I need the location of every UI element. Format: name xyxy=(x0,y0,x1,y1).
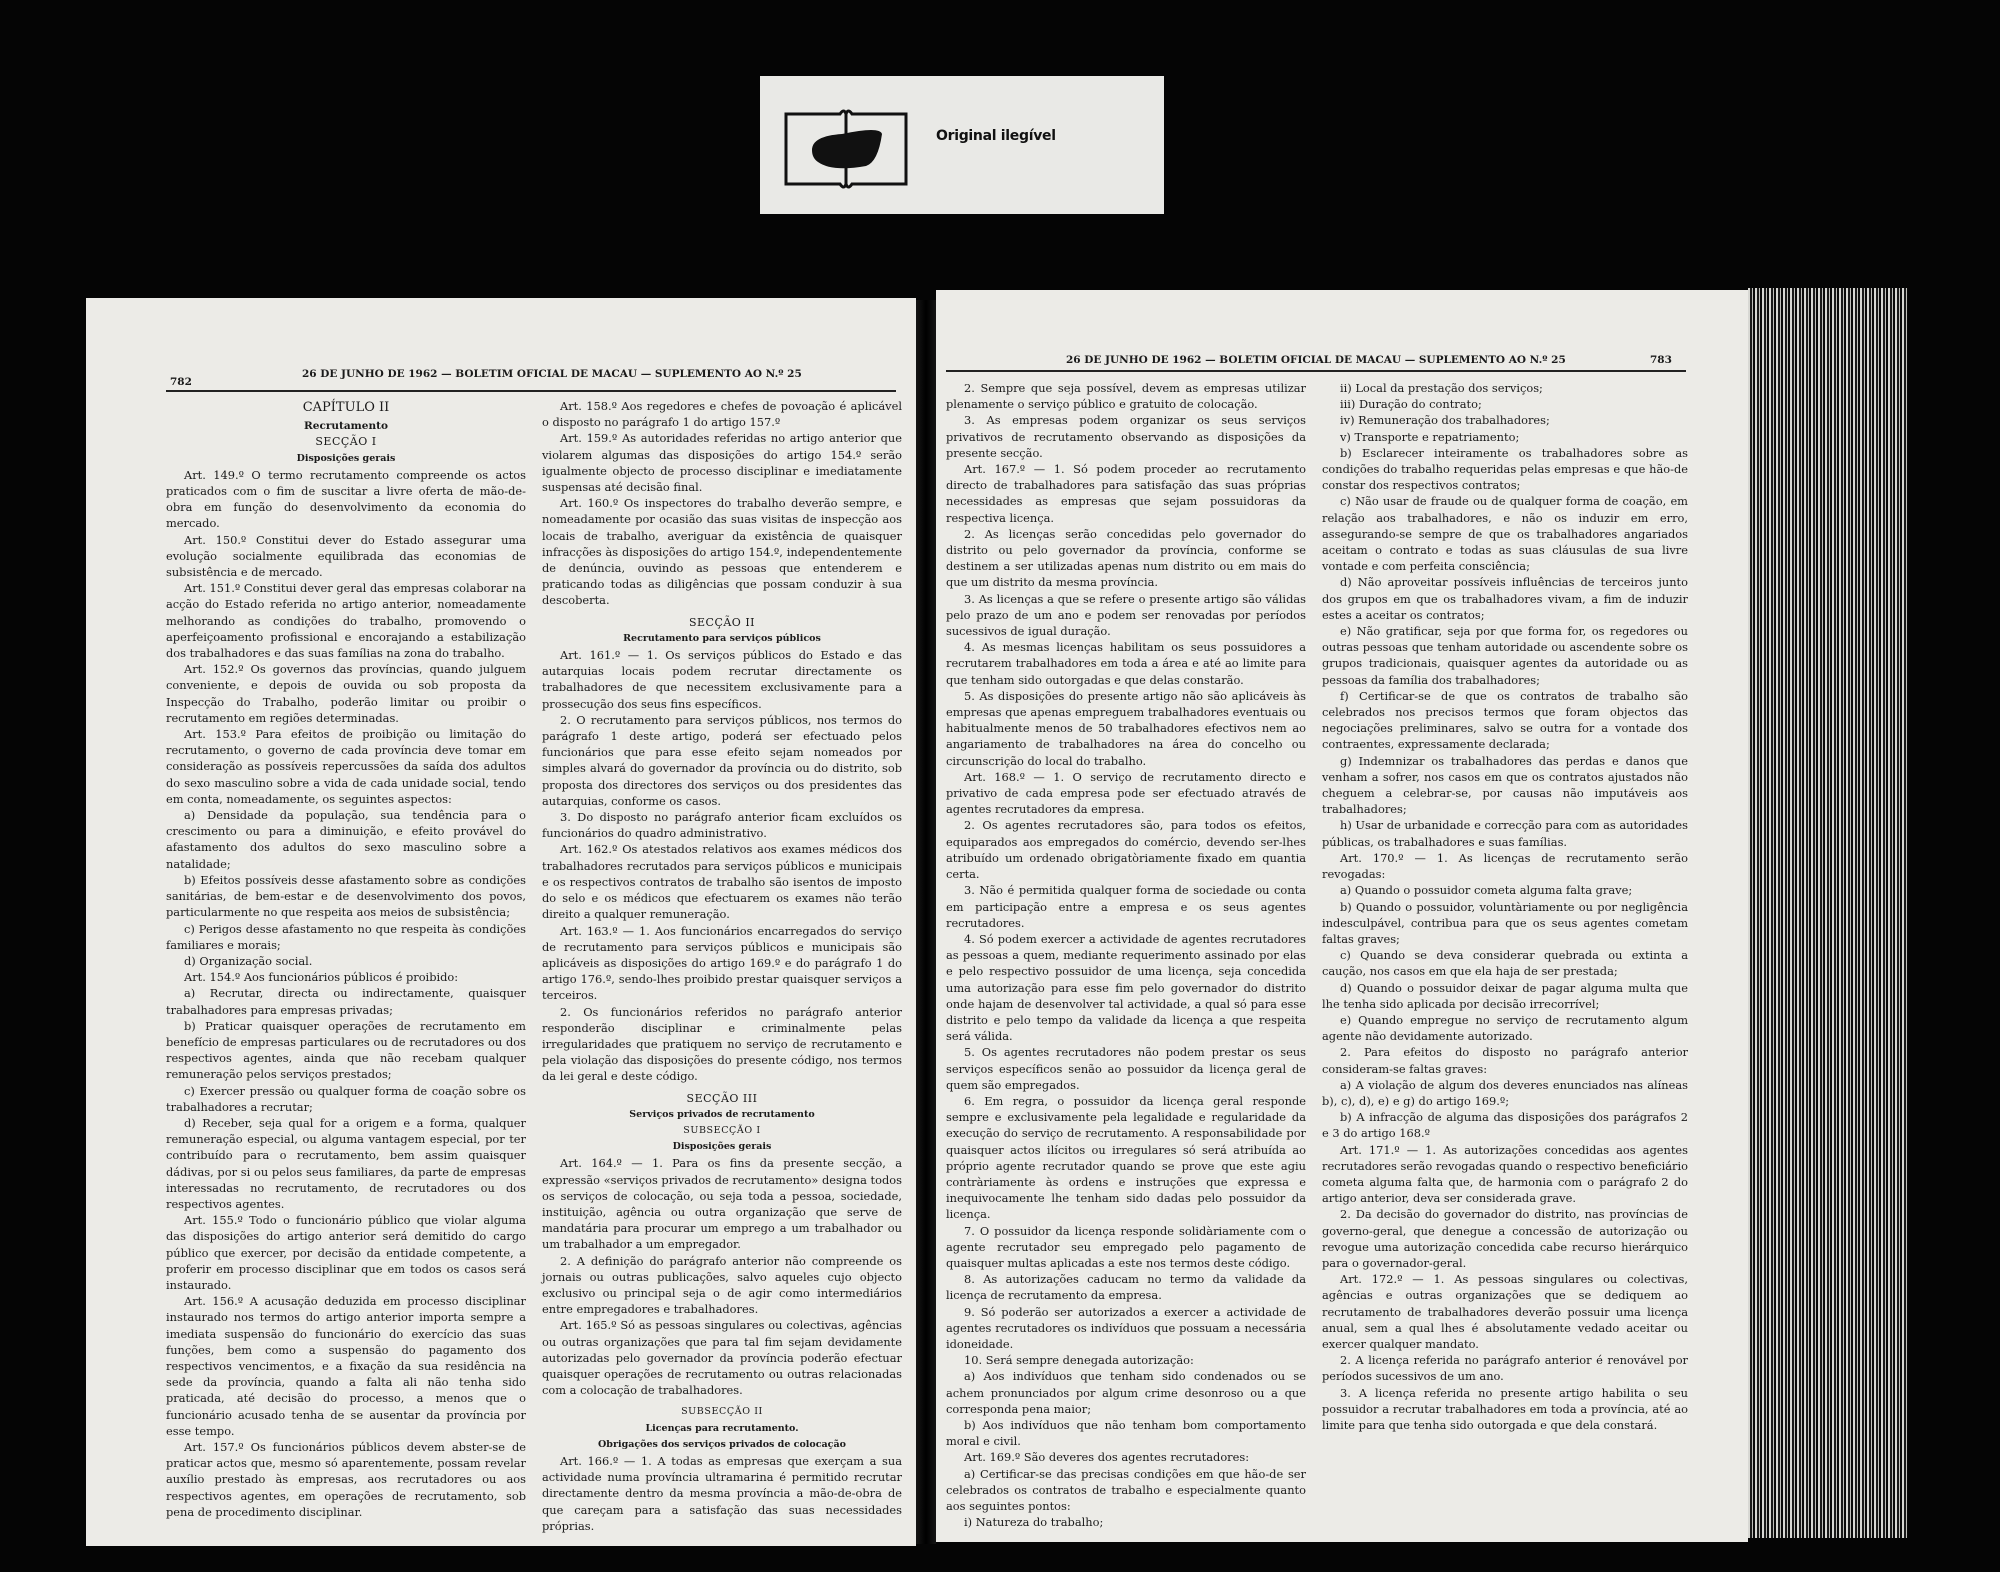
page-number: 782 xyxy=(170,376,192,388)
chapter-title: Recrutamento xyxy=(166,418,526,434)
running-head: 26 DE JUNHO DE 1962 — BOLETIM OFICIAL DE… xyxy=(302,368,802,380)
paragraph: 4. Só podem exercer a actividade de agen… xyxy=(946,931,1306,1044)
paragraph: Art. 157.º Os funcionários públicos deve… xyxy=(166,1439,526,1520)
paragraph: b) Efeitos possíveis desse afastamento s… xyxy=(166,872,526,921)
paragraph: Art. 171.º — 1. As autorizações concedid… xyxy=(1322,1142,1688,1207)
paragraph: Art. 166.º — 1. A todas as empresas que … xyxy=(542,1453,902,1534)
paragraph: b) Esclarecer inteiramente os trabalhado… xyxy=(1322,445,1688,494)
paragraphs: Art. 164.º — 1. Para os fins da presente… xyxy=(542,1155,902,1398)
right-page-column-2: ii) Local da prestação dos serviços;iii)… xyxy=(1322,380,1688,1433)
paragraph: a) A violação de algum dos deveres enunc… xyxy=(1322,1077,1688,1109)
paragraph: Art. 167.º — 1. Só podem proceder ao rec… xyxy=(946,461,1306,526)
paragraph: Art. 162.º Os atestados relativos aos ex… xyxy=(542,841,902,922)
paragraph: c) Não usar de fraude ou de qualquer for… xyxy=(1322,493,1688,574)
paragraphs: ii) Local da prestação dos serviços;iii)… xyxy=(1322,380,1688,1433)
paragraph: d) Receber, seja qual for a origem e a f… xyxy=(166,1115,526,1212)
subsection-heading: SUBSECÇÃO II xyxy=(542,1404,902,1420)
paragraph: d) Organização social. xyxy=(166,953,526,969)
subsection-title: Disposições gerais xyxy=(542,1139,902,1155)
right-page: 26 DE JUNHO DE 1962 — BOLETIM OFICIAL DE… xyxy=(936,290,1748,1542)
paragraph: Art. 150.º Constitui dever do Estado ass… xyxy=(166,532,526,581)
paragraph: Art. 160.º Os inspectores do trabalho de… xyxy=(542,495,902,608)
subsection-heading: SUBSECÇÃO I xyxy=(542,1123,902,1139)
page-number: 783 xyxy=(1650,354,1672,366)
paragraph: Art. 168.º — 1. O serviço de recrutament… xyxy=(946,769,1306,818)
paragraphs: Art. 166.º — 1. A todas as empresas que … xyxy=(542,1453,902,1534)
paragraph: 5. Os agentes recrutadores não podem pre… xyxy=(946,1044,1306,1093)
paragraph: 6. Em regra, o possuidor da licença gera… xyxy=(946,1093,1306,1223)
left-page-column-1: CAPÍTULO II Recrutamento SECÇÃO I Dispos… xyxy=(166,398,526,1520)
paragraphs: 2. Sempre que seja possível, devem as em… xyxy=(946,380,1306,1530)
paragraph: c) Perigos desse afastamento no que resp… xyxy=(166,921,526,953)
paragraph: iii) Duração do contrato; xyxy=(1322,396,1688,412)
paragraph: Art. 161.º — 1. Os serviços públicos do … xyxy=(542,647,902,712)
paragraph: 2. Da decisão do governador do distrito,… xyxy=(1322,1206,1688,1271)
paragraph: 7. O possuidor da licença responde solid… xyxy=(946,1223,1306,1272)
paragraph: b) Aos indivíduos que não tenham bom com… xyxy=(946,1417,1306,1449)
paragraph: e) Quando empregue no serviço de recruta… xyxy=(1322,1012,1688,1044)
paragraph: 2. O recrutamento para serviços públicos… xyxy=(542,712,902,809)
section-heading: SECÇÃO III xyxy=(542,1091,902,1107)
paragraph: e) Não gratificar, seja por que forma fo… xyxy=(1322,623,1688,688)
right-page-column-1: 2. Sempre que seja possível, devem as em… xyxy=(946,380,1306,1530)
paragraph: v) Transporte e repatriamento; xyxy=(1322,429,1688,445)
paragraph: c) Quando se deva considerar quebrada ou… xyxy=(1322,947,1688,979)
running-head: 26 DE JUNHO DE 1962 — BOLETIM OFICIAL DE… xyxy=(1066,354,1566,366)
paragraph: c) Exercer pressão ou qualquer forma de … xyxy=(166,1083,526,1115)
paragraph: 5. As disposições do presente artigo não… xyxy=(946,688,1306,769)
paragraph: 2. A licença referida no parágrafo anter… xyxy=(1322,1352,1688,1384)
paragraph: Art. 155.º Todo o funcionário público qu… xyxy=(166,1212,526,1293)
illegible-original-banner: Original ilegível xyxy=(760,76,1164,214)
header-rule xyxy=(946,370,1686,372)
open-book-icon xyxy=(782,104,910,190)
paragraph: 4. As mesmas licenças habilitam os seus … xyxy=(946,639,1306,688)
paragraph: b) A infracção de alguma das disposições… xyxy=(1322,1109,1688,1141)
paragraph: d) Quando o possuidor deixar de pagar al… xyxy=(1322,980,1688,1012)
subsection-title: Licenças para recrutamento. xyxy=(542,1421,902,1437)
paragraph: Art. 163.º — 1. Aos funcionários encarre… xyxy=(542,923,902,1004)
paragraph: b) Praticar quaisquer operações de recru… xyxy=(166,1018,526,1083)
paragraph: Art. 153.º Para efeitos de proibição ou … xyxy=(166,726,526,807)
left-page-column-2: Art. 158.º Aos regedores e chefes de pov… xyxy=(542,398,902,1534)
paragraph: 3. A licença referida no presente artigo… xyxy=(1322,1385,1688,1434)
paragraph: 2. Os funcionários referidos no parágraf… xyxy=(542,1004,902,1085)
book-gutter xyxy=(916,300,936,1544)
paragraph: g) Indemnizar os trabalhadores das perda… xyxy=(1322,753,1688,818)
section-title: Disposições gerais xyxy=(166,451,526,467)
paragraph: Art. 154.º Aos funcionários públicos é p… xyxy=(166,969,526,985)
paragraph: iv) Remuneração dos trabalhadores; xyxy=(1322,412,1688,428)
paragraph: 2. A definição do parágrafo anterior não… xyxy=(542,1253,902,1318)
paragraph: a) Aos indivíduos que tenham sido conden… xyxy=(946,1368,1306,1417)
paragraph: Art. 172.º — 1. As pessoas singulares ou… xyxy=(1322,1271,1688,1352)
paragraph: a) Certificar-se das precisas condições … xyxy=(946,1466,1306,1515)
section-title: Serviços privados de recrutamento xyxy=(542,1107,902,1123)
paragraph: a) Quando o possuidor cometa alguma falt… xyxy=(1322,882,1688,898)
paragraph: 2. Para efeitos do disposto no parágrafo… xyxy=(1322,1044,1688,1076)
paragraph: 3. Não é permitida qualquer forma de soc… xyxy=(946,882,1306,931)
paragraph: Art. 165.º Só as pessoas singulares ou c… xyxy=(542,1317,902,1398)
paragraph: 10. Será sempre denegada autorização: xyxy=(946,1352,1306,1368)
paragraph: 2. As licenças serão concedidas pelo gov… xyxy=(946,526,1306,591)
paragraph: Art. 170.º — 1. As licenças de recrutame… xyxy=(1322,850,1688,882)
paragraph: Art. 152.º Os governos das províncias, q… xyxy=(166,661,526,726)
paragraph: 8. As autorizações caducam no termo da v… xyxy=(946,1271,1306,1303)
chapter-heading: CAPÍTULO II xyxy=(166,400,526,416)
paragraphs: Art. 161.º — 1. Os serviços públicos do … xyxy=(542,647,902,1084)
paragraph: ii) Local da prestação dos serviços; xyxy=(1322,380,1688,396)
paragraph: 3. As empresas podem organizar os seus s… xyxy=(946,412,1306,461)
left-page: 782 26 DE JUNHO DE 1962 — BOLETIM OFICIA… xyxy=(86,298,916,1546)
paragraph: d) Não aproveitar possíveis influências … xyxy=(1322,574,1688,623)
section-heading: SECÇÃO I xyxy=(166,434,526,450)
paragraph: a) Recrutar, directa ou indirectamente, … xyxy=(166,985,526,1017)
section-title: Recrutamento para serviços públicos xyxy=(542,631,902,647)
paragraph: 3. Do disposto no parágrafo anterior fic… xyxy=(542,809,902,841)
paragraph: Art. 151.º Constitui dever geral das emp… xyxy=(166,580,526,661)
paragraph: Art. 149.º O termo recrutamento compreen… xyxy=(166,467,526,532)
paragraph: 9. Só poderão ser autorizados a exercer … xyxy=(946,1304,1306,1353)
paragraph: Art. 158.º Aos regedores e chefes de pov… xyxy=(542,398,902,430)
paragraph: i) Natureza do trabalho; xyxy=(946,1514,1306,1530)
paragraphs: Art. 158.º Aos regedores e chefes de pov… xyxy=(542,398,902,609)
paragraphs: Art. 149.º O termo recrutamento compreen… xyxy=(166,467,526,1520)
paragraph: f) Certificar-se de que os contratos de … xyxy=(1322,688,1688,753)
paragraph: a) Densidade da população, sua tendência… xyxy=(166,807,526,872)
paragraph: 3. As licenças a que se refere o present… xyxy=(946,591,1306,640)
paragraph: Art. 156.º A acusação deduzida em proces… xyxy=(166,1293,526,1439)
subsection-title: Obrigações dos serviços privados de colo… xyxy=(542,1437,902,1453)
page-edges xyxy=(1748,288,1908,1538)
paragraph: 2. Os agentes recrutadores são, para tod… xyxy=(946,817,1306,882)
paragraph: b) Quando o possuidor, voluntàriamente o… xyxy=(1322,899,1688,948)
paragraph: 2. Sempre que seja possível, devem as em… xyxy=(946,380,1306,412)
paragraph: h) Usar de urbanidade e correcção para c… xyxy=(1322,817,1688,849)
header-rule xyxy=(166,390,896,392)
illegible-label: Original ilegível xyxy=(936,128,1056,144)
paragraph: Art. 159.º As autoridades referidas no a… xyxy=(542,430,902,495)
paragraph: Art. 164.º — 1. Para os fins da presente… xyxy=(542,1155,902,1252)
section-heading: SECÇÃO II xyxy=(542,615,902,631)
paragraph: Art. 169.º São deveres dos agentes recru… xyxy=(946,1449,1306,1465)
